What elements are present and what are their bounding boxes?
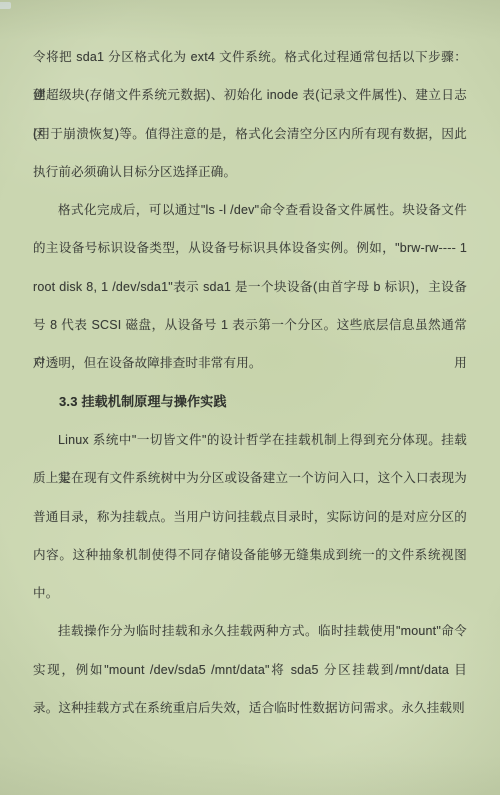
- text-line: (用于崩溃恢复)等。值得注意的是，格式化会清空分区内所有现有数据，因此: [33, 115, 467, 153]
- text-line: 录。这种挂载方式在系统重启后失效，适合临时性数据访问需求。永久挂载则: [33, 689, 467, 727]
- text-line: 质上是在现有文件系统树中为分区或设备建立一个访问入口，这个入口表现为: [33, 459, 467, 497]
- text-line: 的主设备号标识设备类型，从设备号标识具体设备实例。例如，"brw-rw---- …: [33, 229, 467, 267]
- text-line: 挂载操作分为临时挂载和永久挂载两种方式。临时挂载使用"mount"命令: [33, 612, 467, 650]
- section-heading: 3.3 挂载机制原理与操作实践: [33, 383, 467, 421]
- document-body: 令将把 sda1 分区格式化为 ext4 文件系统。格式化过程通常包括以下步骤：…: [0, 0, 500, 727]
- text-line: 令将把 sda1 分区格式化为 ext4 文件系统。格式化过程通常包括以下步骤：…: [33, 38, 467, 76]
- text-line: 内容。这种抽象机制使得不同存储设备能够无缝集成到统一的文件系统视图: [33, 536, 467, 574]
- text-line: 号 8 代表 SCSI 磁盘，从设备号 1 表示第一个分区。这些底层信息虽然通常…: [33, 306, 467, 344]
- text-line: 实现，例如"mount /dev/sda5 /mnt/data"将 sda5 分…: [33, 651, 467, 689]
- text-line: 建超级块(存储文件系统元数据)、初始化 inode 表(记录文件属性)、建立日志…: [33, 76, 467, 114]
- document-page: 令将把 sda1 分区格式化为 ext4 文件系统。格式化过程通常包括以下步骤：…: [0, 0, 500, 795]
- text-line: 格式化完成后，可以通过"ls -l /dev"命令查看设备文件属性。块设备文件: [33, 191, 467, 229]
- text-line: root disk 8, 1 /dev/sda1"表示 sda1 是一个块设备(…: [33, 268, 467, 306]
- text-line: Linux 系统中"一切皆文件"的设计哲学在挂载机制上得到充分体现。挂载实: [33, 421, 467, 459]
- text-line: 普通目录，称为挂载点。当用户访问挂载点目录时，实际访问的是对应分区的: [33, 498, 467, 536]
- text-line: 中。: [33, 574, 467, 612]
- text-line: 执行前必须确认目标分区选择正确。: [33, 153, 467, 191]
